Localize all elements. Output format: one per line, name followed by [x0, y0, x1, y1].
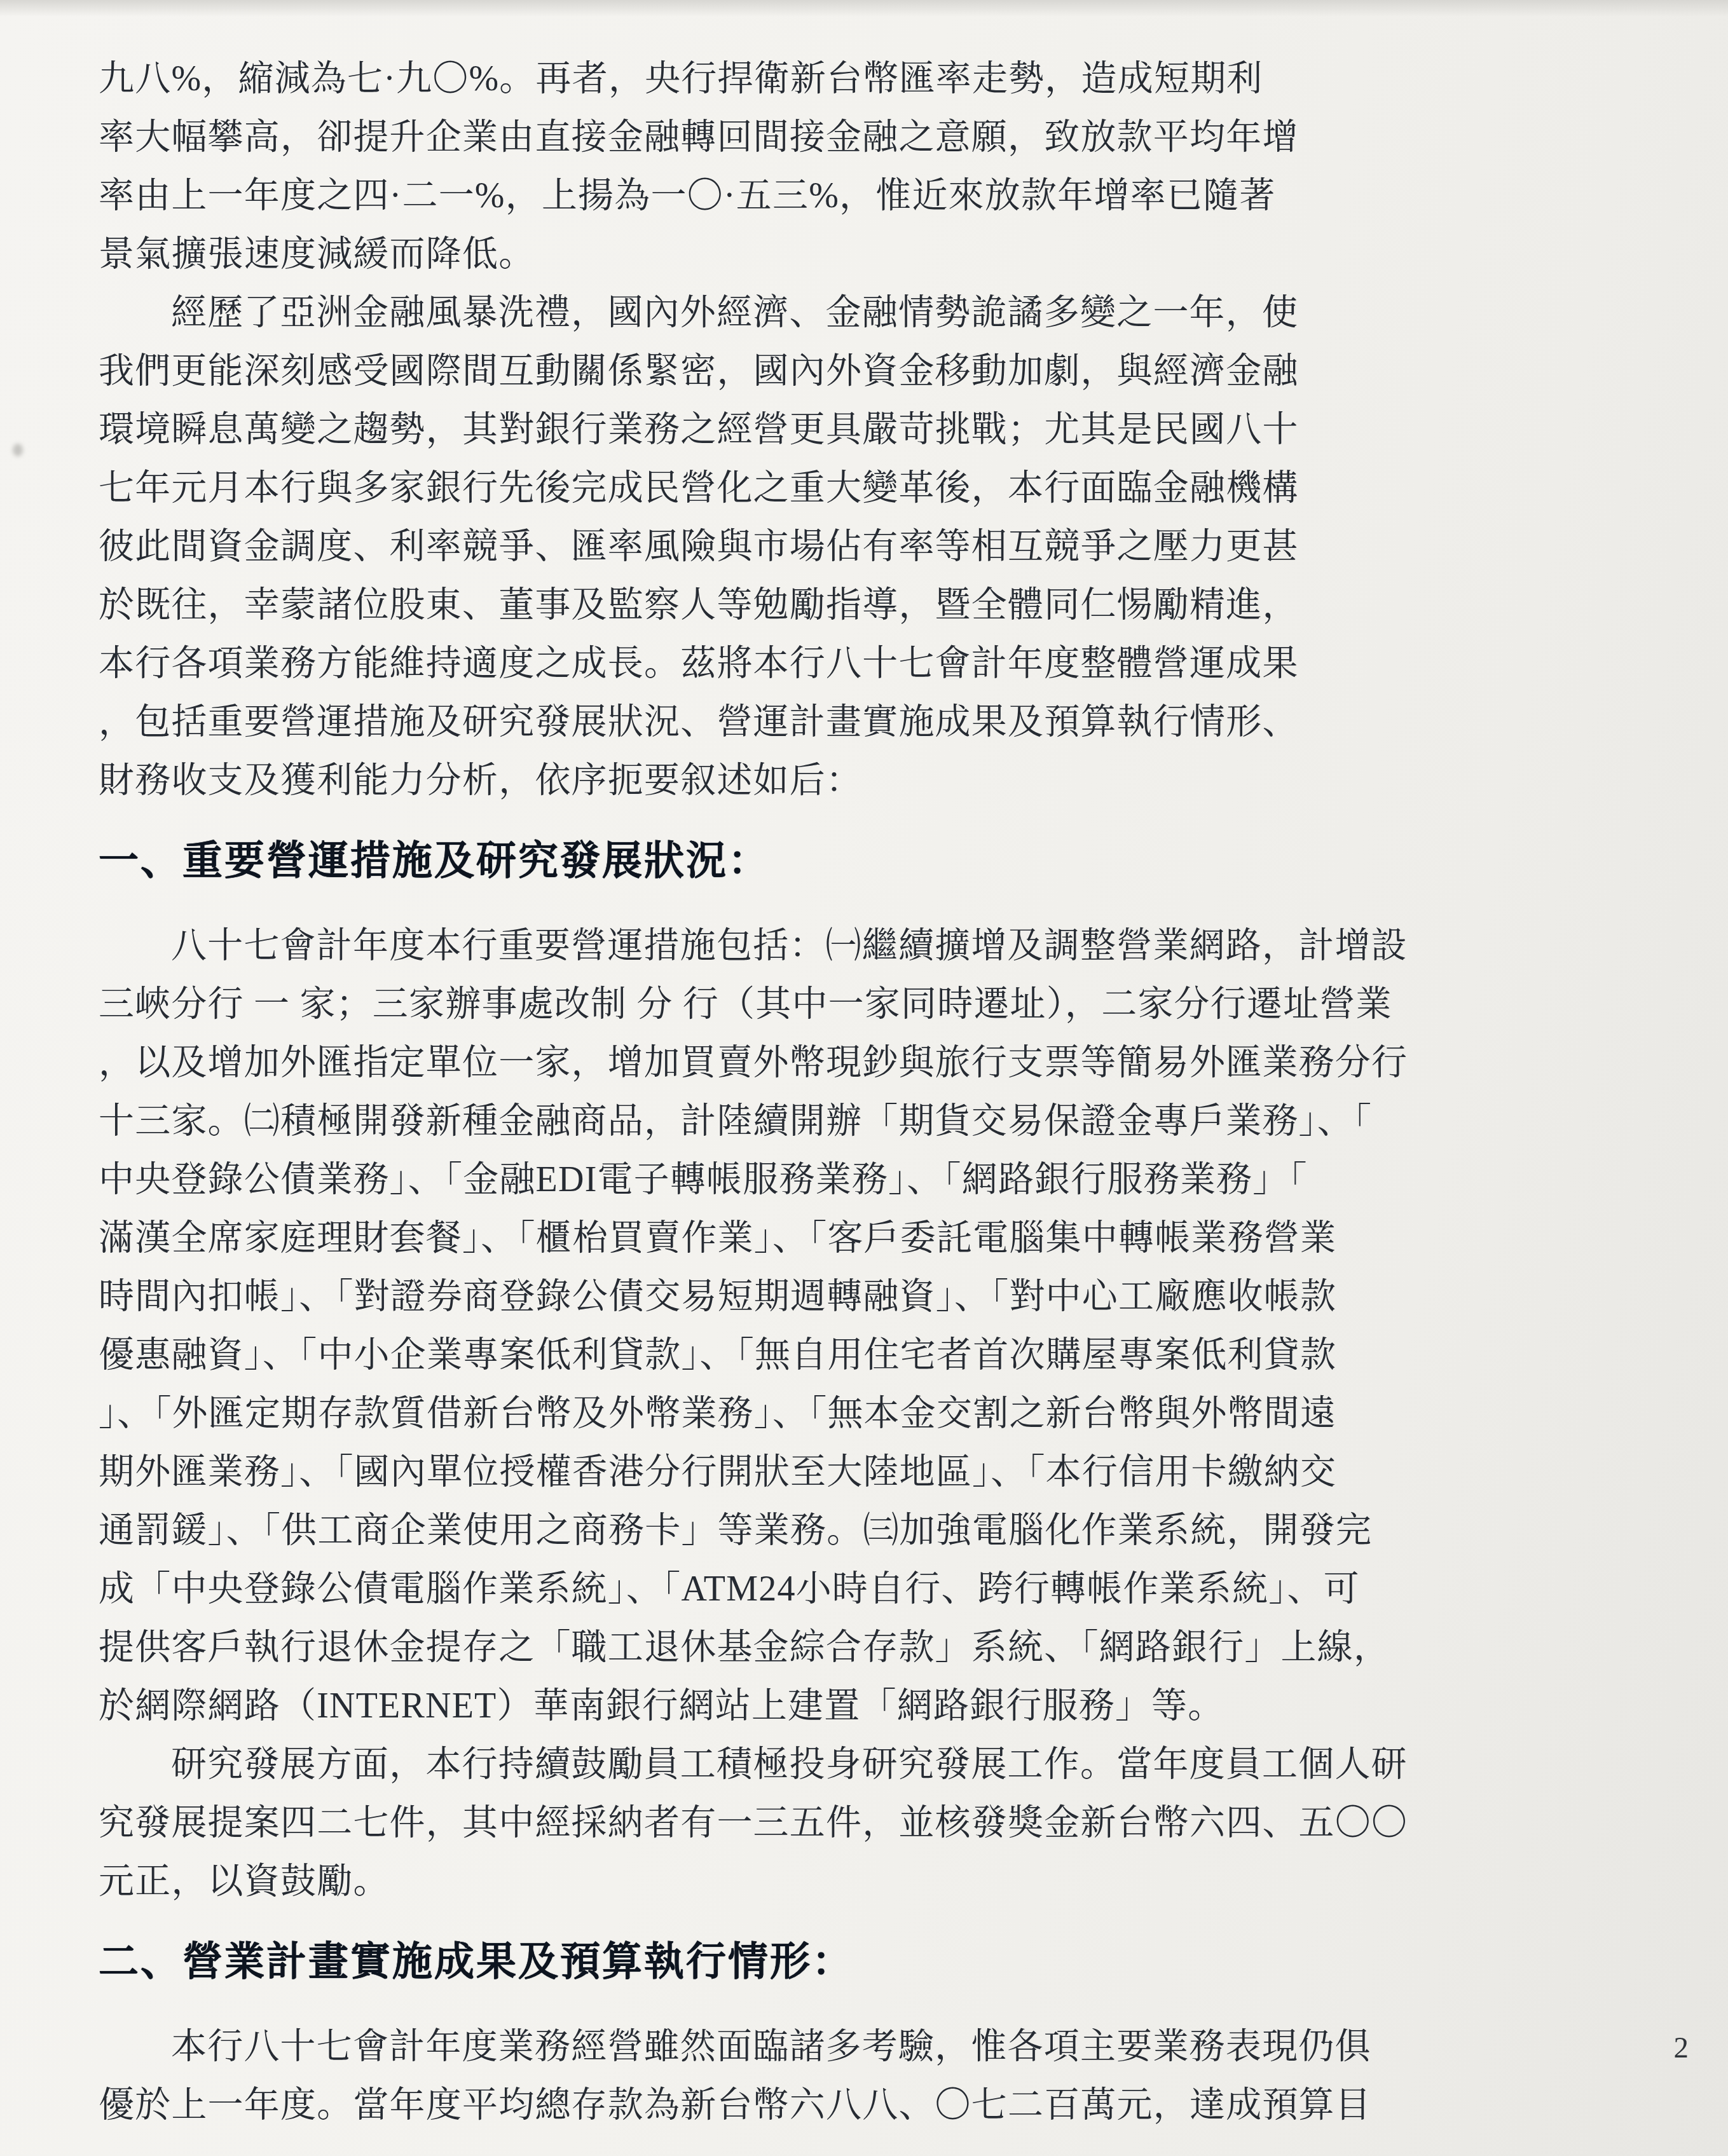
text-line: 」、「外匯定期存款質借新台幣及外幣業務」、「無本金交割之新台幣與外幣間遠 [99, 1384, 1306, 1443]
text-line: 於網際網路（INTERNET）華南銀行網站上建置「網路銀行服務」等。 [99, 1677, 1306, 1735]
text-line: 提供客戶執行退休金提存之「職工退休基金綜合存款」系統、「網路銀行」上線， [99, 1618, 1306, 1677]
text-line: 率由上一年度之四·二一%，上揚為一〇·五三%，惟近來放款年增率已隨著 [99, 167, 1306, 225]
page-number: 2 [1674, 2031, 1689, 2065]
text-line: 七年元月本行與多家銀行先後完成民營化之重大變革後，本行面臨金融機構 [99, 459, 1306, 517]
text-line: 本行八十七會計年度業務經營雖然面臨諸多考驗，惟各項主要業務表現仍俱 [99, 2017, 1306, 2076]
text-line: 率大幅攀高，卻提升企業由直接金融轉回間接金融之意願，致放款平均年增 [99, 108, 1306, 167]
text-line: 十三家。㈡積極開發新種金融商品，計陸續開辦「期貨交易保證金專戶業務」、「 [99, 1092, 1306, 1150]
text-line: ，包括重要營運措施及研究發展狀況、營運計畫實施成果及預算執行情形、 [99, 693, 1306, 751]
section-heading: 二、營業計畫實施成果及預算執行情形： [99, 1936, 1306, 1987]
text-line: 財務收支及獲利能力分析，依序扼要叙述如后： [99, 751, 1306, 810]
text-line: 滿漢全席家庭理財套餐」、「櫃枱買賣作業」、「客戶委託電腦集中轉帳業務營業 [99, 1209, 1306, 1267]
scan-artifact [13, 444, 23, 456]
text-line: 研究發展方面，本行持續鼓勵員工積極投身研究發展工作。當年度員工個人研 [99, 1735, 1306, 1794]
text-line: 成「中央登錄公債電腦作業系統」、「ATM24小時自行、跨行轉帳作業系統」、可 [99, 1560, 1306, 1618]
text-line: 中央登錄公債業務」、「金融EDI電子轉帳服務業務」、「網路銀行服務業務」「 [99, 1150, 1306, 1209]
text-line: 我們更能深刻感受國際間互動關係緊密，國內外資金移動加劇，與經濟金融 [99, 342, 1306, 400]
text-line: 九八%，縮減為七·九〇%。再者，央行捍衛新台幣匯率走勢，造成短期利 [99, 50, 1306, 108]
text-line: 期外匯業務」、「國內單位授權香港分行開狀至大陸地區」、「本行信用卡繳納交 [99, 1443, 1306, 1501]
scanned-page: 九八%，縮減為七·九〇%。再者，央行捍衛新台幣匯率走勢，造成短期利率大幅攀高，卻… [0, 0, 1728, 2156]
section-heading: 一、重要營運措施及研究發展狀況： [99, 835, 1306, 886]
text-line: 時間內扣帳」、「對證券商登錄公債交易短期週轉融資」、「對中心工廠應收帳款 [99, 1267, 1306, 1326]
text-line: 通罰鍰」、「供工商企業使用之商務卡」等業務。㈢加強電腦化作業系統，開發完 [99, 1501, 1306, 1560]
text-line: 環境瞬息萬變之趨勢，其對銀行業務之經營更具嚴苛挑戰；尤其是民國八十 [99, 400, 1306, 459]
text-line: 優於上一年度。當年度平均總存款為新台幣六八八、〇七二百萬元，達成預算目 [99, 2076, 1306, 2134]
text-line: 景氣擴張速度減緩而降低。 [99, 225, 1306, 283]
text-line: 本行各項業務方能維持適度之成長。茲將本行八十七會計年度整體營運成果 [99, 634, 1306, 693]
text-line: ，以及增加外匯指定單位一家，增加買賣外幣現鈔與旅行支票等簡易外匯業務分行 [99, 1034, 1306, 1092]
text-line: 優惠融資」、「中小企業專案低利貸款」、「無自用住宅者首次購屋專案低利貸款 [99, 1326, 1306, 1384]
document-text: 九八%，縮減為七·九〇%。再者，央行捍衛新台幣匯率走勢，造成短期利率大幅攀高，卻… [99, 50, 1306, 2134]
text-line: 究發展提案四二七件，其中經採納者有一三五件，並核發獎金新台幣六四、五〇〇 [99, 1794, 1306, 1852]
text-line: 經歷了亞洲金融風暴洗禮，國內外經濟、金融情勢詭譎多變之一年，使 [99, 283, 1306, 342]
text-line: 彼此間資金調度、利率競爭、匯率風險與市場佔有率等相互競爭之壓力更甚 [99, 517, 1306, 576]
text-line: 於既往，幸蒙諸位股東、董事及監察人等勉勵指導，暨全體同仁惕勵精進， [99, 576, 1306, 634]
text-line: 三峽分行 一 家；三家辦事處改制 分 行（其中一家同時遷址），二家分行遷址營業 [99, 975, 1306, 1034]
text-line: 元正，以資鼓勵。 [99, 1852, 1306, 1911]
text-line: 八十七會計年度本行重要營運措施包括：㈠繼續擴增及調整營業網路，計增設 [99, 917, 1306, 975]
